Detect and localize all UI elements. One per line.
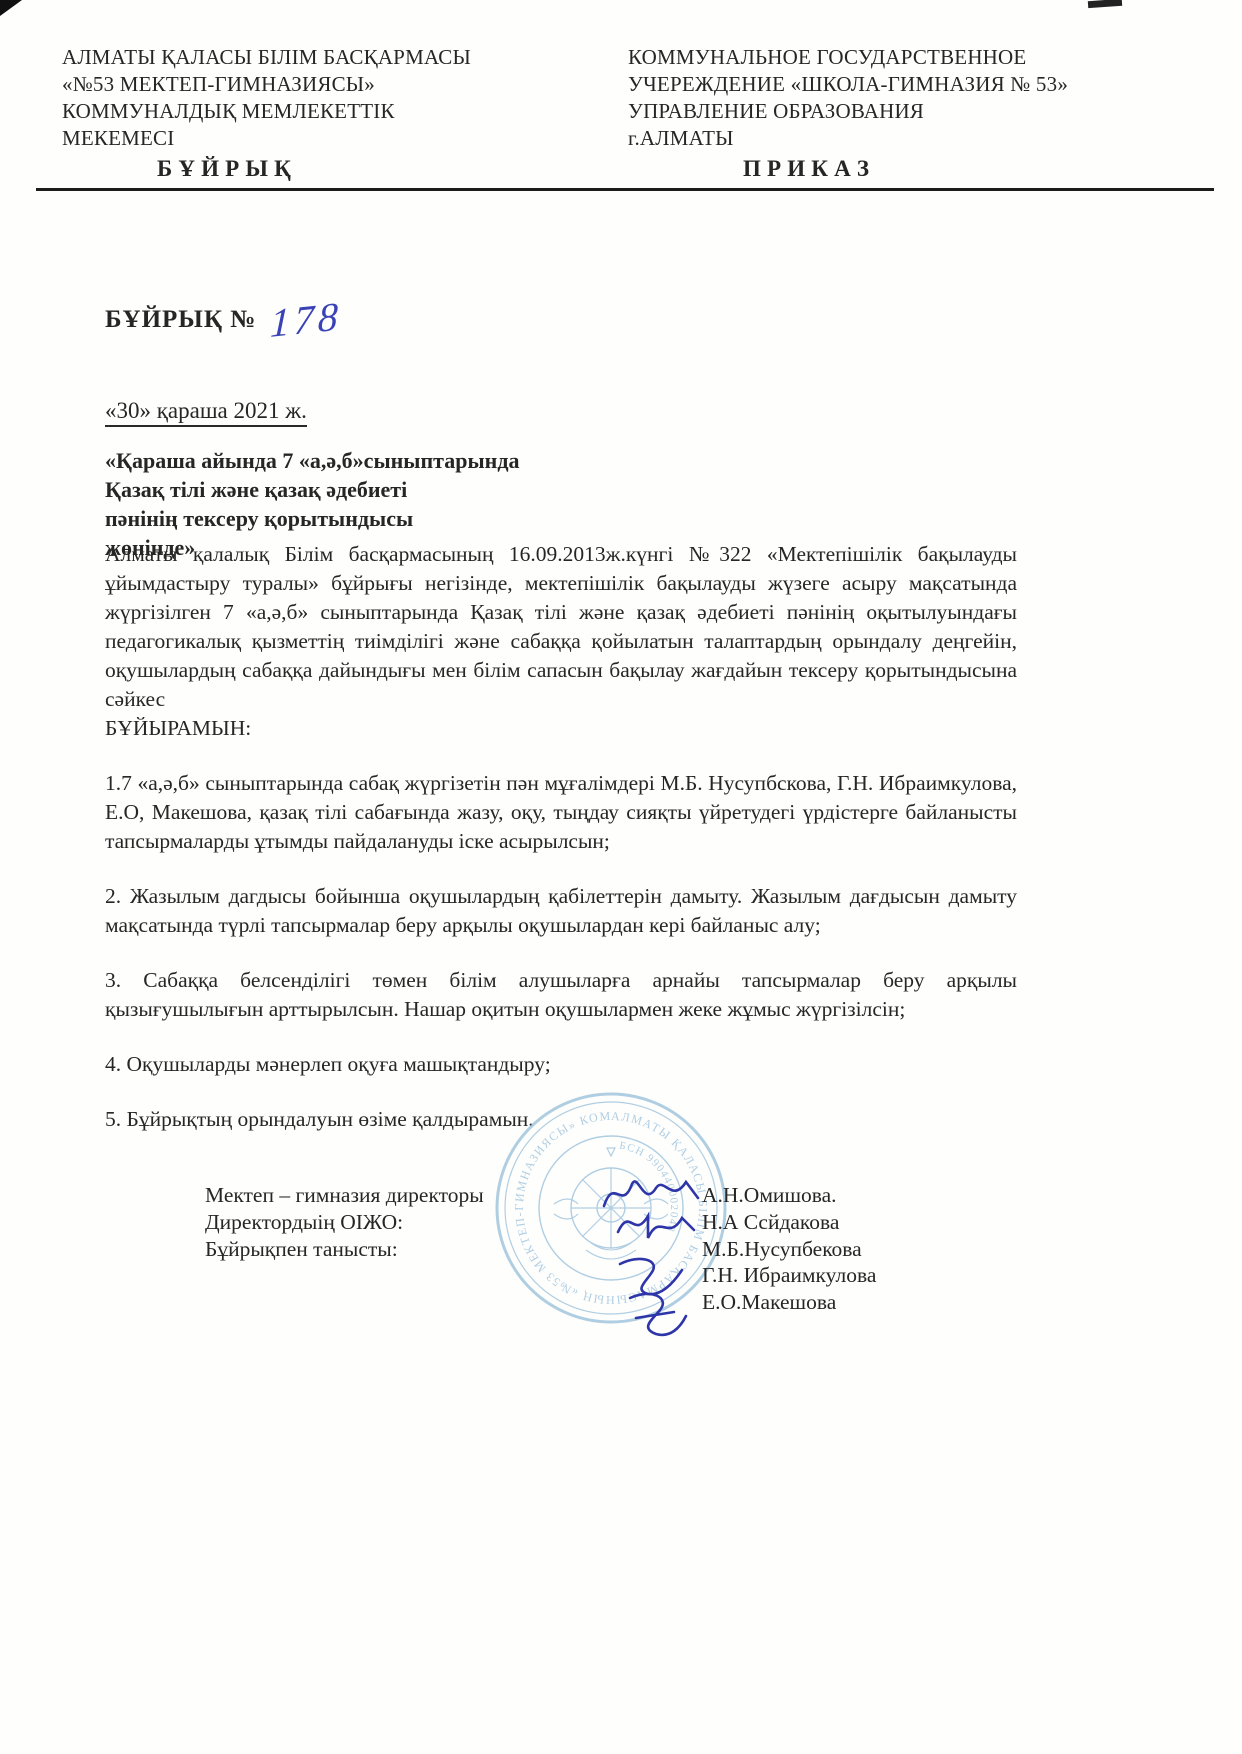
signer-name: Н.А Ссйдакова [702, 1209, 1002, 1236]
handwritten-order-number: 178 [270, 292, 343, 347]
scanned-order-document: АЛМАТЫ ҚАЛАСЫ БІЛІМ БАСҚАРМАСЫ «№53 МЕКТ… [0, 0, 1242, 1754]
org-name-line: АЛМАТЫ ҚАЛАСЫ БІЛІМ БАСҚАРМАСЫ [62, 44, 622, 71]
order-date: «30» қараша 2021 ж. [105, 398, 307, 424]
order-item-3: 3. Сабаққа белсенділігі төмен білім алуш… [105, 966, 1017, 1024]
order-number-line: БҰЙРЫҚ №178 [105, 296, 342, 343]
subject-line: пәнінің тексеру қорытындысы [105, 504, 665, 533]
doc-type-russian: П Р И К А З [628, 155, 1168, 182]
letterhead: АЛМАТЫ ҚАЛАСЫ БІЛІМ БАСҚАРМАСЫ «№53 МЕКТ… [62, 44, 1202, 182]
signer-title: Бұйрықпен танысты: [205, 1236, 702, 1263]
subject-line: Қазақ тілі және қазақ әдебиеті [105, 475, 665, 504]
org-name-line: г.АЛМАТЫ [628, 125, 1168, 152]
order-body: Алматы қалалық Білім басқармасының 16.09… [105, 540, 1017, 1134]
signature-row: Е.О.Макешова [205, 1289, 1002, 1316]
org-name-line: КОММУНАЛЬНОЕ ГОСУДАРСТВЕННОЕ [628, 44, 1168, 71]
org-name-line: «№53 МЕКТЕП-ГИМНАЗИЯСЫ» [62, 71, 622, 98]
doc-type-kazakh: Б Ұ Й Р Ы Қ [62, 155, 622, 182]
org-name-line: УПРАВЛЕНИЕ ОБРАЗОВАНИЯ [628, 98, 1168, 125]
signature-block: Мектеп – гимназия директоры А.Н.Омишова.… [205, 1182, 1002, 1316]
signer-title: Директордыің ОІЖО: [205, 1209, 702, 1236]
header-divider [36, 188, 1214, 191]
signer-name: М.Б.Нусупбекова [702, 1236, 1002, 1263]
order-item-4: 4. Оқушыларды мәнерлеп оқуға машықтандыр… [105, 1050, 1017, 1079]
order-item-5: 5. Бұйрықтың орындалуын өзіме қалдырамын… [105, 1105, 1017, 1134]
signer-title [205, 1289, 702, 1316]
org-name-line: УЧЕРЕЖДЕНИЕ «ШКОЛА-ГИМНАЗИЯ № 53» [628, 71, 1168, 98]
resolve-word: БҰЙЫРАМЫН: [105, 714, 1017, 743]
scan-artifact-corner [0, 0, 22, 16]
order-item-1: 1.7 «а,ә,б» сыныптарында сабақ жүргізеті… [105, 769, 1017, 856]
signature-row: Мектеп – гимназия директоры А.Н.Омишова. [205, 1182, 1002, 1209]
letterhead-russian: КОММУНАЛЬНОЕ ГОСУДАРСТВЕННОЕ УЧЕРЕЖДЕНИЕ… [628, 44, 1168, 182]
signer-name: Г.Н. Ибраимкулова [702, 1262, 1002, 1289]
signature-row: Г.Н. Ибраимкулова [205, 1262, 1002, 1289]
order-item-2: 2. Жазылым дагдысы бойынша оқушылардың қ… [105, 882, 1017, 940]
scan-artifact-mark [1088, 0, 1122, 8]
order-date-text: «30» қараша 2021 ж. [105, 398, 307, 427]
letterhead-kazakh: АЛМАТЫ ҚАЛАСЫ БІЛІМ БАСҚАРМАСЫ «№53 МЕКТ… [62, 44, 622, 182]
signature-row: Бұйрықпен танысты: М.Б.Нусупбекова [205, 1236, 1002, 1263]
org-name-line: МЕКЕМЕСІ [62, 125, 622, 152]
subject-line: «Қараша айында 7 «а,ә,б»сыныптарында [105, 446, 665, 475]
order-label: БҰЙРЫҚ № [105, 306, 256, 333]
signer-title: Мектеп – гимназия директоры [205, 1182, 702, 1209]
org-name-line: КОММУНАЛДЫҚ МЕМЛЕКЕТТІК [62, 98, 622, 125]
signature-row: Директордыің ОІЖО: Н.А Ссйдакова [205, 1209, 1002, 1236]
intro-paragraph: Алматы қалалық Білім басқармасының 16.09… [105, 540, 1017, 714]
signer-name: А.Н.Омишова. [702, 1182, 1002, 1209]
signer-name: Е.О.Макешова [702, 1289, 1002, 1316]
signer-title [205, 1262, 702, 1289]
